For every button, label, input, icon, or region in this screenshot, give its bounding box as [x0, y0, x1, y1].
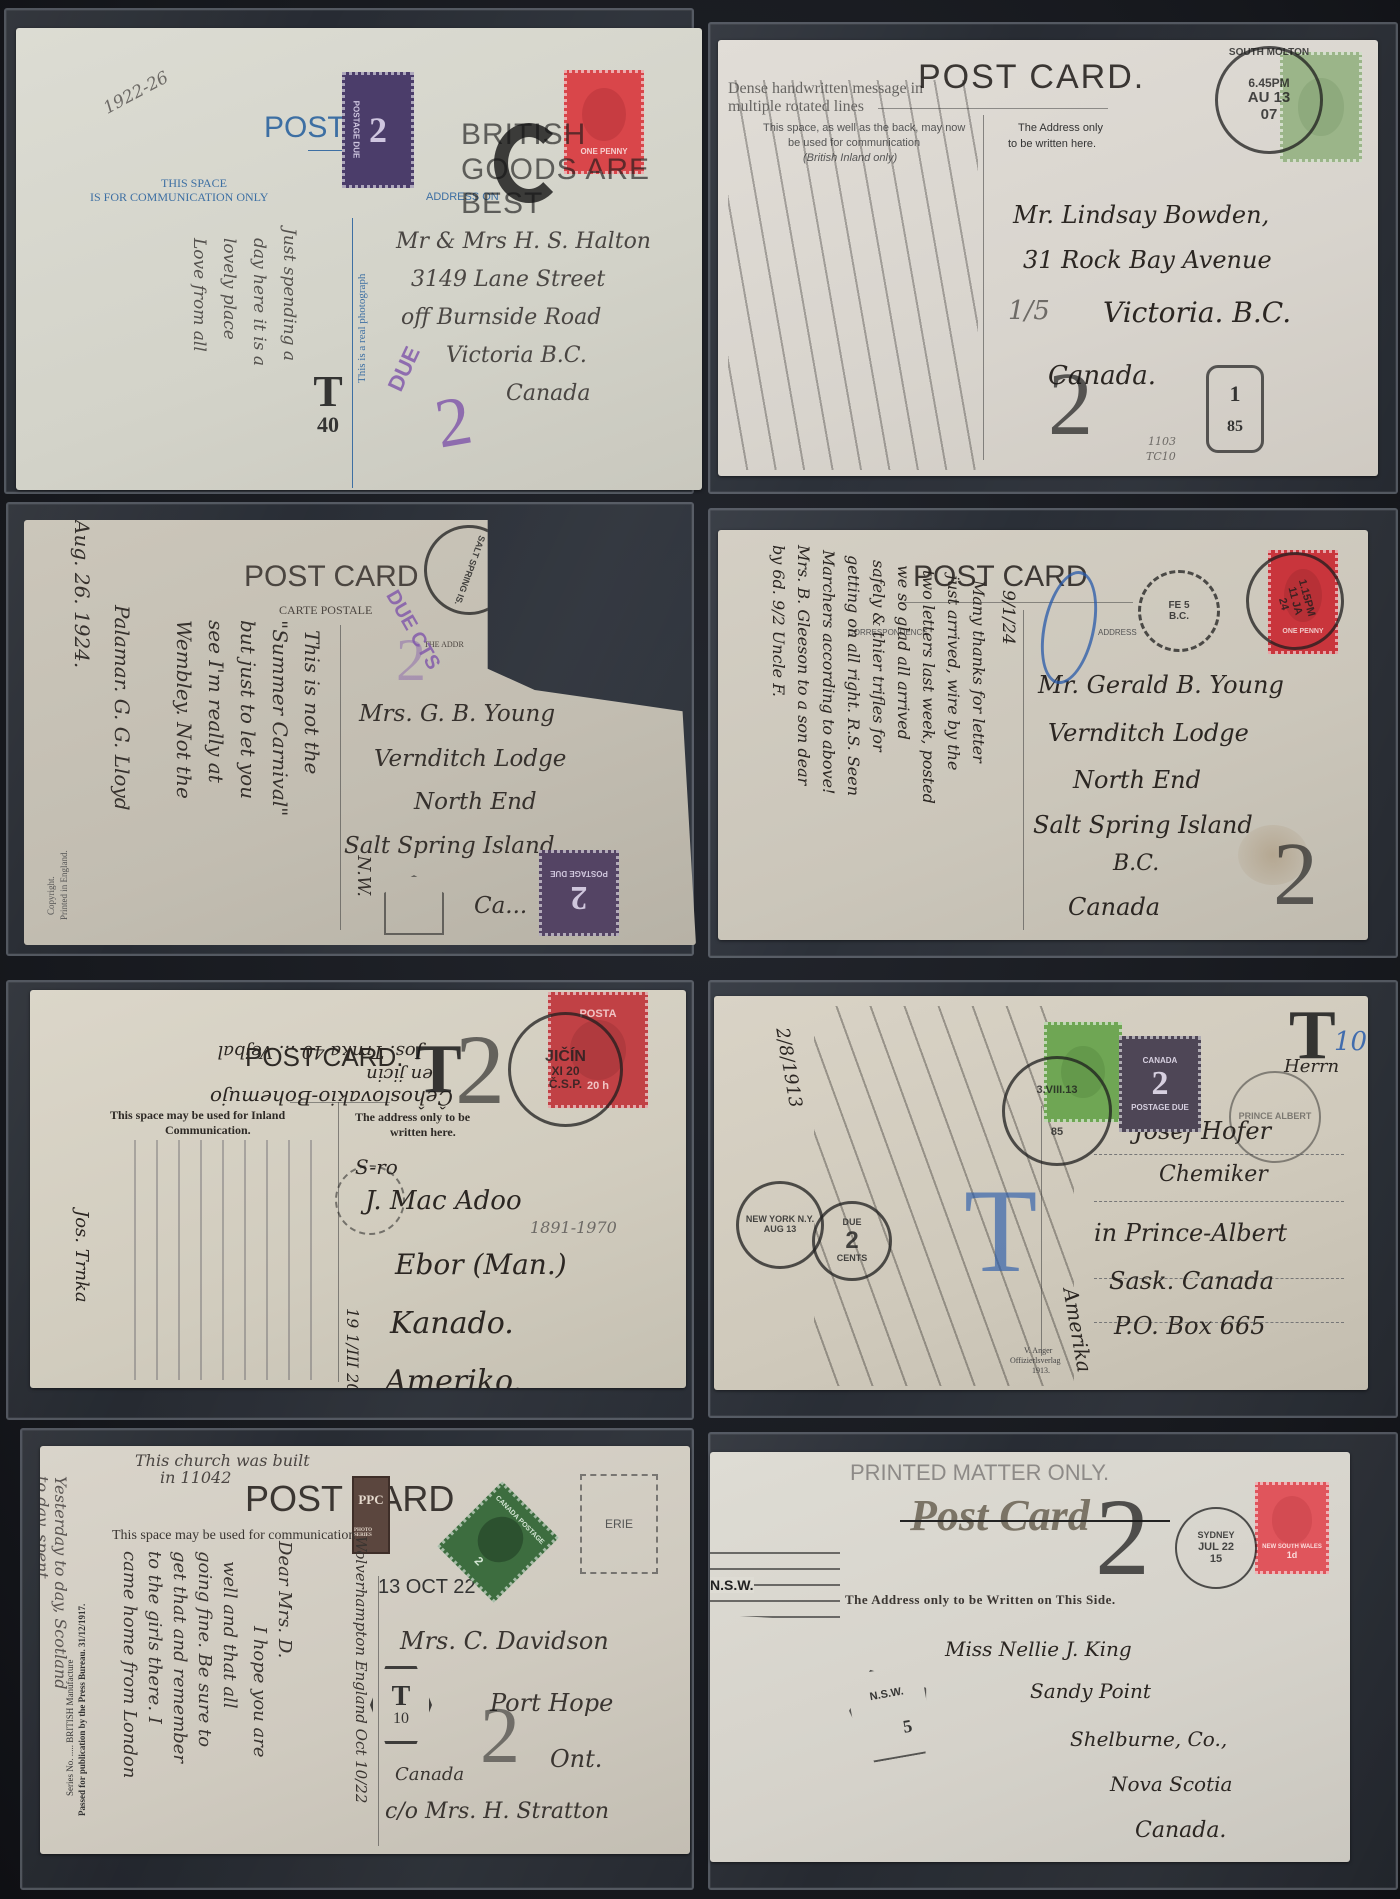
pencil-church-note-2: in 11042 [160, 1468, 231, 1488]
upside-down-header: Ĉeĥoslovakio-Bohemujo en jicin Jos. Trnk… [90, 1000, 333, 1070]
salt-spring-postmark: FE 5 B.C. [1138, 570, 1220, 652]
hex-cancel [384, 875, 444, 935]
machine-cancel [335, 1165, 405, 1235]
prince-albert-receiving-mark: PRINCE ALBERT [1229, 1071, 1321, 1163]
post-card-heading: Post Card [910, 1490, 1090, 1541]
printer-credit-2: Offizierlsverlag [1010, 1356, 1061, 1365]
due-amount-mark: 2 [480, 1696, 520, 1776]
slogan-cancel-date: 13 OCT 22 [378, 1576, 475, 1599]
postcard-1[interactable]: 1922-26 POST THIS SPACE IS FOR COMMUNICA… [16, 28, 702, 490]
divider-line [340, 625, 341, 930]
nsw-machine-text: N.S.W. [710, 1577, 754, 1593]
pencil-fraction: 1/5 [1008, 295, 1050, 328]
postcard-2[interactable]: POST CARD. This space, as well as the ba… [718, 40, 1378, 476]
new-york-postmark: NEW YORK N.Y. AUG 13 [736, 1181, 824, 1269]
communication-caption-1: THIS SPACE [161, 176, 227, 191]
postcard-6[interactable]: 2/8/1913 Handwritten German message writ… [714, 996, 1368, 1390]
signature: Jos. Trnka [70, 1210, 93, 1303]
tax-mark-t: T 40 [288, 358, 368, 448]
press-bureau-caption: Passed for publication by the Press Bure… [77, 1604, 87, 1816]
carte-postale-caption: CARTE POSTALE [279, 603, 372, 618]
postcard-8[interactable]: PRINTED MATTER ONLY. Post Card The Addre… [710, 1452, 1350, 1862]
message-date: 2/8/1913 [770, 1026, 806, 1110]
due-stamp-violet: DUE [384, 343, 424, 394]
pencil-ref-1: 1103 [1148, 435, 1176, 449]
jicin-postmark: JIČÍN XI 20 Č.S.P. [508, 1012, 623, 1127]
communication-caption-2: IS FOR COMMUNICATION ONLY [90, 190, 268, 205]
postcard-4[interactable]: POST CARD CORRESPONDENCE ADDRESS 9/1/24 … [718, 530, 1368, 940]
inland-caption-1: This space may be used for Inland [110, 1108, 285, 1123]
cancel-blob [494, 123, 564, 203]
message-text: Dense handwritten message in multiple ro… [728, 80, 978, 470]
blue-amount: 10 [1334, 1026, 1367, 1059]
due-amount-mark: 2 [1048, 360, 1093, 450]
sydney-postmark: SYDNEY JUL 22 15 [1175, 1507, 1257, 1589]
canada-postage-due-stamp: 2 POSTAGE DUE [342, 72, 414, 188]
postcard-7[interactable]: This church was built in 11042 POST CARD… [40, 1446, 690, 1854]
copyright-1: Copyright. [46, 876, 56, 915]
side-mark: N.W. [351, 856, 374, 897]
nsw-hex-tax-mark: N.S.W. 5 [843, 1661, 938, 1765]
message-date: 9/1/24 [997, 590, 1018, 645]
pencil-date-note: 1922-26 [100, 68, 172, 120]
address-caption: ADDRESS [1098, 628, 1137, 637]
blue-tax-t: T [964, 1171, 1037, 1291]
address-rule-1 [1094, 1154, 1344, 1155]
hex-tax-mark: T 10 [370, 1666, 432, 1744]
tax-mark-t: T [1289, 1001, 1336, 1071]
address-rule-2 [1094, 1201, 1344, 1202]
hex-tax-mark: 1 85 [1206, 365, 1264, 453]
due-amount-mark: 2 [1095, 1482, 1150, 1592]
stamp-box: ERIE [580, 1474, 658, 1574]
address-caption-2: written here. [390, 1125, 456, 1140]
printer-credit-3: 1913. [1032, 1366, 1050, 1375]
austrian-postmark: 3.VIII.13 85 [1002, 1056, 1112, 1166]
due-amount-mark: 2 [455, 1020, 505, 1120]
pencil-ref-2: TC10 [1146, 450, 1176, 464]
nsw-one-penny-stamp: NEW SOUTH WALES 1d [1255, 1482, 1329, 1574]
postcard-5[interactable]: POST CARD. This space may be used for In… [30, 990, 686, 1388]
message-text: Handwritten Esperanto message, rotated [120, 1140, 330, 1380]
due-amount-mark: 2 [1273, 830, 1318, 920]
address-caption-2: to be written here. [1008, 138, 1096, 150]
canada-postage-due-stamp: 2 POSTAGE DUE [539, 850, 619, 936]
due-amount-violet: 2 [430, 385, 477, 460]
address-caption-1: The Address only [1018, 122, 1103, 134]
post-card-heading: POST CARD [245, 1478, 454, 1520]
copyright-2: Printed in England. [59, 850, 69, 920]
south-molton-postmark: SOUTH MOLTON 6.45PM AU 13 07 [1215, 46, 1323, 154]
inland-caption-2: Communication. [165, 1123, 251, 1138]
due-amount-violet: 2 [396, 630, 426, 690]
due-cents-postmark: DUE 2 CENTS [812, 1201, 892, 1281]
printed-matter-overprint: PRINTED MATTER ONLY. [850, 1460, 1109, 1486]
printer-credit-1: V. Anger [1024, 1346, 1052, 1355]
pencil-dates: 1891-1970 [530, 1218, 617, 1238]
divider-line [1023, 610, 1024, 930]
divider-line [983, 115, 984, 460]
address-caption-1: The address only to be [355, 1110, 470, 1125]
sender-location-date: Wolverhampton England Oct 10/22 [351, 1536, 370, 1803]
album-page: 1922-26 POST THIS SPACE IS FOR COMMUNICA… [0, 0, 1400, 1899]
post-card-heading: POST [264, 111, 346, 145]
post-card-heading: POST CARD [244, 560, 418, 594]
canada-postage-due-stamp: CANADA 2 POSTAGE DUE [1119, 1036, 1201, 1132]
message-date: 19 1/III 20 [342, 1308, 362, 1388]
address-caption: The Address only to be Written on This S… [845, 1592, 1116, 1608]
divider-line [338, 1102, 339, 1382]
communication-caption: This space may be used for communication [112, 1528, 355, 1544]
